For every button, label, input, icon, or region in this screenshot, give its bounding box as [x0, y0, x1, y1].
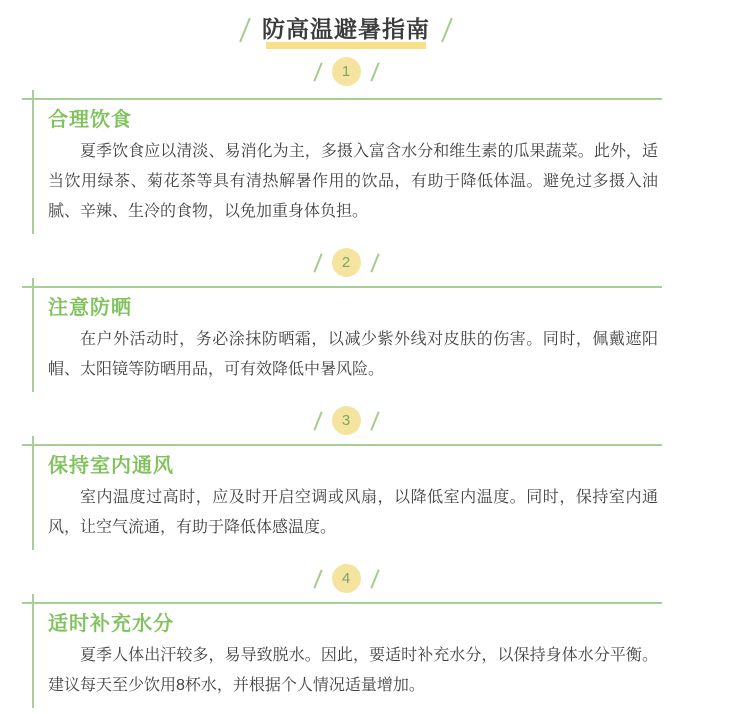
section-heading: 合理饮食	[48, 108, 658, 132]
section-body: 在户外活动时，务必涂抹防晒霜，以减少紫外线对皮肤的伤害。同时，佩戴遮阳帽、太阳镜…	[48, 325, 658, 385]
heat-guide-page: 防高温避暑指南 1 合理饮食 夏季饮食应以清淡、易消化为主，多摄入富含水分和维生…	[0, 0, 749, 706]
badge-left-slash-icon	[313, 253, 322, 272]
title-underline	[266, 42, 426, 49]
badge-right-slash-icon	[370, 62, 379, 81]
section-body: 夏季人体出汗较多，易导致脱水。因此，要适时补充水分，以保持身体水分平衡。建议每天…	[48, 641, 658, 701]
section-number-badge-1: 1	[22, 57, 670, 86]
section-body: 夏季饮食应以清淡、易消化为主，多摄入富含水分和维生素的瓜果蔬菜。此外，适当饮用绿…	[48, 137, 658, 227]
title-left-slash-icon	[239, 17, 251, 42]
section-left-rule	[32, 90, 34, 234]
section-number-badge-4: 4	[22, 564, 670, 593]
section-number-badge-2: 2	[22, 248, 670, 277]
section-heading: 适时补充水分	[48, 612, 658, 636]
section-left-rule	[32, 594, 34, 708]
section-left-rule	[32, 436, 34, 550]
content-column: 防高温避暑指南 1 合理饮食 夏季饮食应以清淡、易消化为主，多摄入富含水分和维生…	[22, 16, 670, 706]
section-card-indoor-ventilation: 保持室内通风 室内温度过高时，应及时开启空调或风扇，以降低室内温度。同时，保持室…	[22, 444, 662, 548]
badge-left-slash-icon	[313, 62, 322, 81]
title-block: 防高温避暑指南	[262, 16, 430, 49]
section-left-rule	[32, 278, 34, 392]
badge-right-slash-icon	[370, 411, 379, 430]
page-header: 防高温避暑指南	[22, 16, 670, 49]
section-number: 3	[332, 406, 361, 435]
section-number-badge-3: 3	[22, 406, 670, 435]
section-card-reasonable-diet: 合理饮食 夏季饮食应以清淡、易消化为主，多摄入富含水分和维生素的瓜果蔬菜。此外，…	[22, 98, 662, 232]
section-card-sun-protection: 注意防晒 在户外活动时，务必涂抹防晒霜，以减少紫外线对皮肤的伤害。同时，佩戴遮阳…	[22, 286, 662, 390]
section-card-hydration: 适时补充水分 夏季人体出汗较多，易导致脱水。因此，要适时补充水分，以保持身体水分…	[22, 602, 662, 706]
section-number: 2	[332, 248, 361, 277]
section-heading: 注意防晒	[48, 296, 658, 320]
page-title: 防高温避暑指南	[262, 16, 430, 43]
section-heading: 保持室内通风	[48, 454, 658, 478]
section-body: 室内温度过高时，应及时开启空调或风扇，以降低室内温度。同时，保持室内通风，让空气…	[48, 483, 658, 543]
badge-left-slash-icon	[313, 411, 322, 430]
badge-right-slash-icon	[370, 253, 379, 272]
section-number: 4	[332, 564, 361, 593]
badge-right-slash-icon	[370, 569, 379, 588]
badge-left-slash-icon	[313, 569, 322, 588]
title-right-slash-icon	[441, 17, 453, 42]
section-number: 1	[332, 57, 361, 86]
